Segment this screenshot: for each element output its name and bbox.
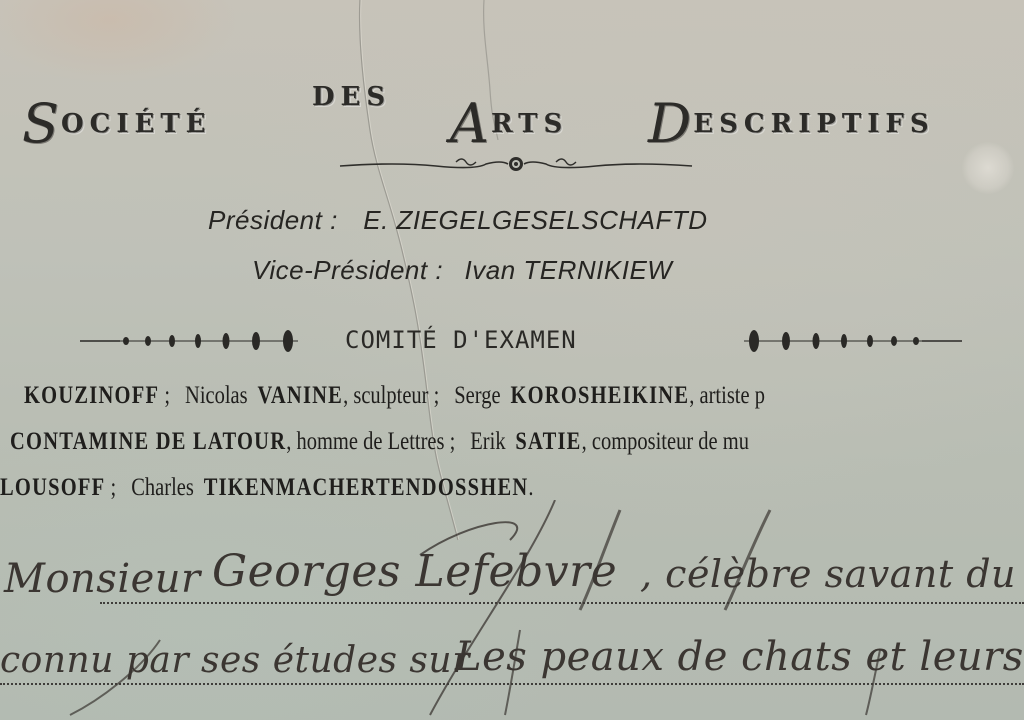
member-vanine-role: , sculpteur ; xyxy=(343,382,439,409)
member-tikenmacher-suffix: . xyxy=(528,474,533,501)
member-lousoff: LOUSOFF xyxy=(0,474,105,501)
committee-heading: COMITÉ D'EXAMEN xyxy=(80,322,970,358)
member-vanine-first: Nicolas xyxy=(185,382,248,409)
title-word-societe: SOCIÉTÉ xyxy=(22,82,212,145)
member-korosheikine: KOROSHEIKINE xyxy=(510,382,689,409)
member-vanine: VANINE xyxy=(257,382,343,409)
member-kouzinoff: KOUZINOFF xyxy=(24,382,159,409)
handwritten-name: Georges Lefebvre xyxy=(212,546,617,597)
title-ornament xyxy=(336,152,696,174)
member-tikenmacher-first: Charles xyxy=(131,474,194,501)
committee-row-3: LOUSOFF ; CharlesTIKENMACHERTENDOSSHEN. xyxy=(0,474,534,502)
vice-president-name: Ivan TERNIKIEW xyxy=(465,255,673,285)
committee-heading-label: COMITÉ D'EXAMEN xyxy=(345,326,577,354)
society-title: SOCIÉTÉ DES ARTS DESCRIPTIFS xyxy=(0,72,1024,152)
committee-row-1: KOUZINOFF ; NicolasVANINE, sculpteur ; S… xyxy=(24,382,765,410)
president-line: Président : E. ZIEGELGESELSCHAFTD xyxy=(208,205,708,236)
member-satie-first: Erik xyxy=(470,428,505,455)
document-page: SOCIÉTÉ DES ARTS DESCRIPTIFS Président :… xyxy=(0,0,1024,720)
member-korosheikine-first: Serge xyxy=(454,382,500,409)
president-name: E. ZIEGELGESELSCHAFTD xyxy=(363,205,707,235)
president-label: Président : xyxy=(208,205,338,235)
member-tikenmachertendosshen: TIKENMACHERTENDOSSHEN xyxy=(204,474,529,501)
member-satie-role: , compositeur de mu xyxy=(582,428,749,455)
right-ornamental-rule xyxy=(740,328,962,354)
vice-president-line: Vice-Président : Ivan TERNIKIEW xyxy=(252,255,672,286)
member-satie: SATIE xyxy=(515,428,581,455)
dotted-line-2 xyxy=(0,683,1024,685)
member-contamine-de-latour: CONTAMINE DE LATOUR xyxy=(10,428,286,455)
title-word-des: DES xyxy=(312,82,391,112)
dotted-line-1 xyxy=(100,602,1024,604)
left-ornamental-rule xyxy=(80,328,302,354)
handwriting-flourishes xyxy=(0,500,1024,720)
committee-row-2: CONTAMINE DE LATOUR, homme de Lettres ; … xyxy=(10,428,749,456)
handwritten-subject: Les peaux de chats et leurs propriétés xyxy=(455,634,1024,680)
handwritten-title: , célèbre savant du xyxy=(640,552,1016,596)
member-kouzinoff-suffix: ; xyxy=(159,382,170,409)
handwritten-salutation: Monsieur xyxy=(4,556,201,602)
member-lousoff-suffix: ; xyxy=(105,474,116,501)
title-word-arts: ARTS xyxy=(450,82,568,145)
handwritten-known-for: connu par ses études sur xyxy=(0,640,470,681)
title-word-descriptifs: DESCRIPTIFS xyxy=(648,82,935,145)
member-contamine-role: , homme de Lettres ; xyxy=(286,428,455,455)
vice-president-label: Vice-Président : xyxy=(252,255,443,285)
member-korosheikine-role: , artiste p xyxy=(689,382,765,409)
